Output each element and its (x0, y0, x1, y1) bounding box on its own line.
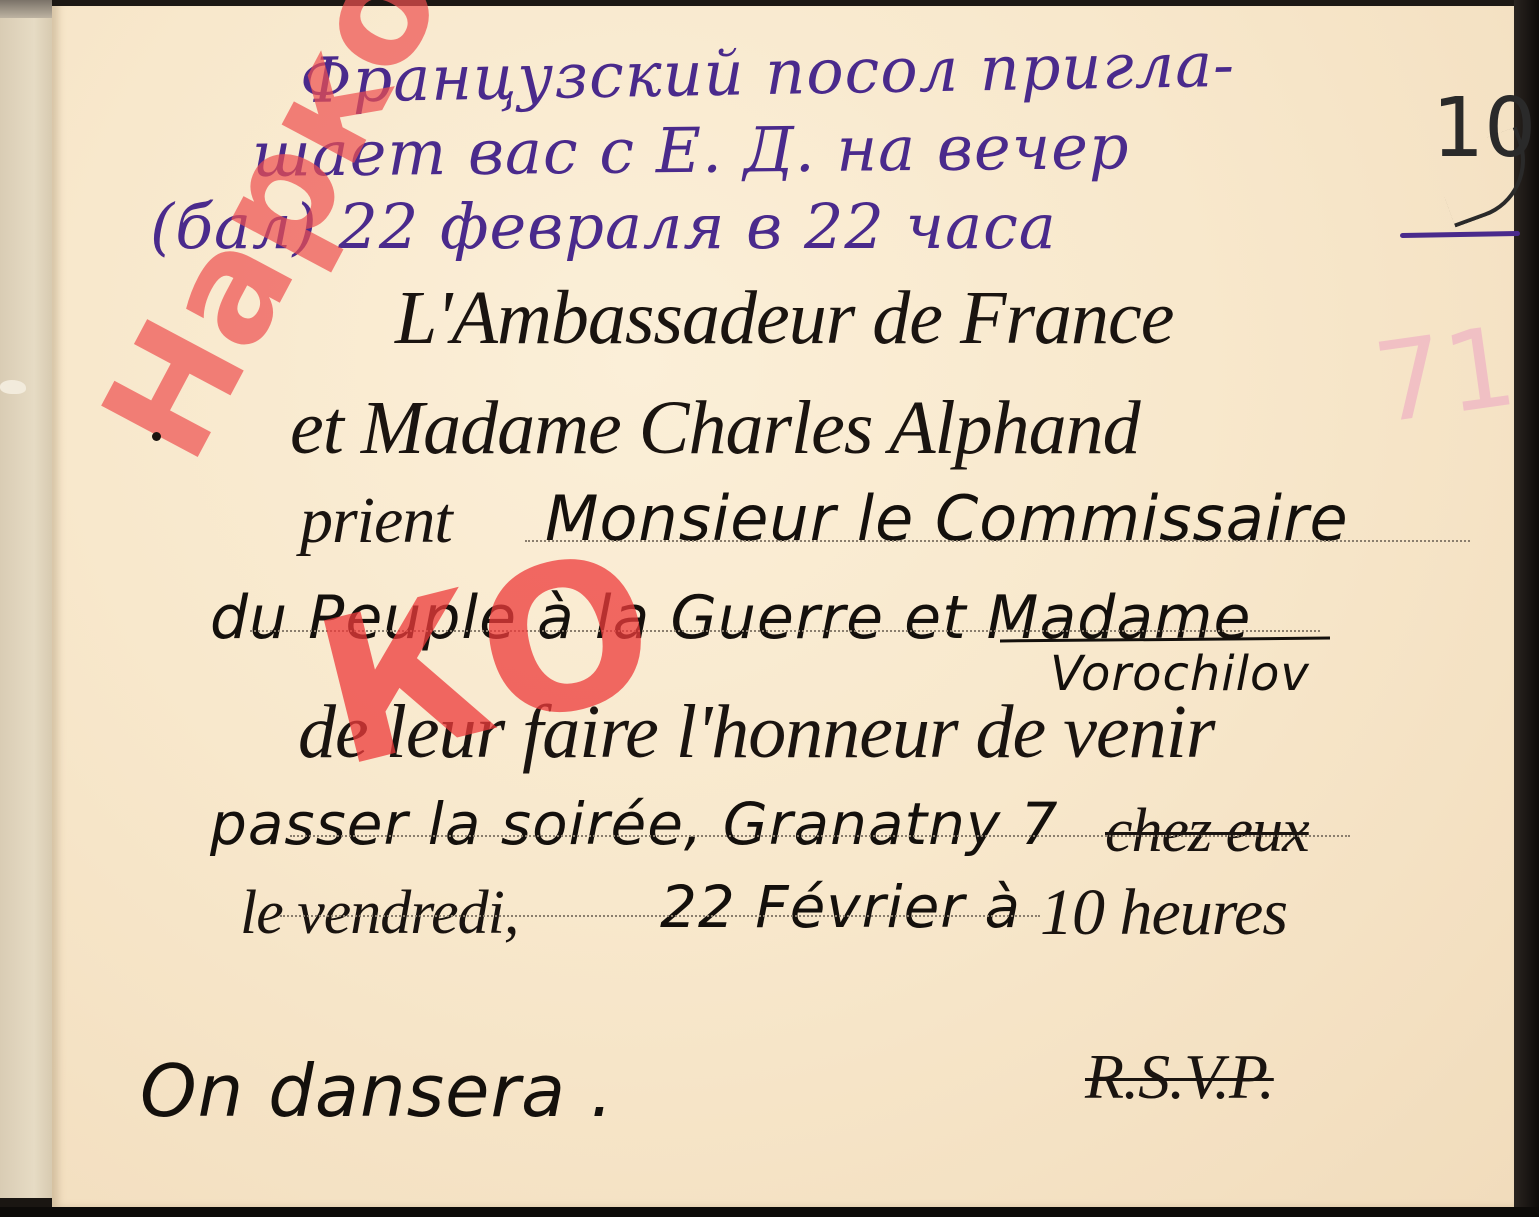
invitation-prient: prient (300, 488, 452, 554)
struck-chez-eux: chez eux (1105, 800, 1309, 862)
fill-line-3 (290, 835, 1350, 837)
invitation-date: 22 Février à (660, 878, 1021, 936)
fill-line-4 (280, 915, 1040, 917)
scan-bottom-edge (0, 1207, 1539, 1217)
paper-tear (0, 380, 26, 394)
punch-hole (152, 432, 161, 441)
fill-line-1 (525, 540, 1470, 542)
invitation-line-host: L'Ambassadeur de France (395, 280, 1174, 356)
invitation-time: 10 heures (1040, 880, 1287, 946)
document-scan: Французский посол пригла- шает вас с Е. … (0, 0, 1539, 1217)
invitation-day: le vendredi, (240, 882, 518, 944)
invitation-line-hosts-names: et Madame Charles Alphand (290, 390, 1140, 466)
invitation-venue: passer la soirée, Granatny 7 (210, 795, 1059, 853)
rsvp-struck: R.S.V.P. (1085, 1045, 1274, 1109)
faint-pencil-mark: 71 (1368, 311, 1522, 439)
card-top-edge (52, 0, 1539, 6)
dance-note: On dansera . (140, 1055, 614, 1127)
